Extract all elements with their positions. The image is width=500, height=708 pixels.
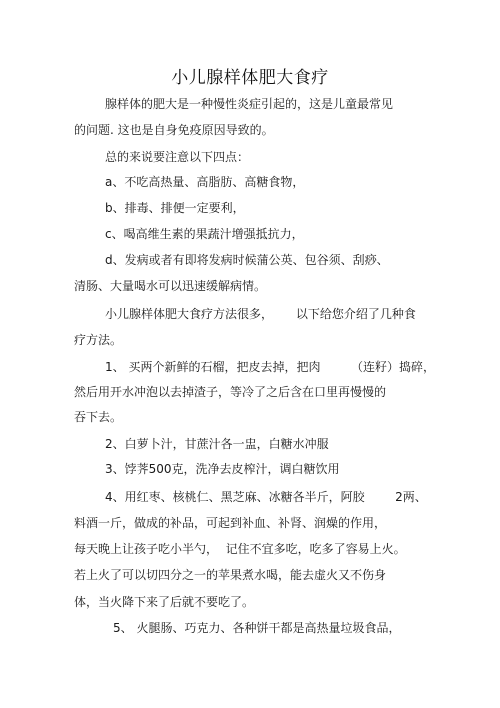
text-line: b、排毒、排便一定要利， — [105, 201, 245, 215]
text-line: 每天晚上让孩子吃小半勺， 记住不宜多吃，吃多了容易上火。 — [74, 542, 406, 556]
text-line: 小儿腺样体肥大食疗方法很多， 以下给您介绍了几种食 — [105, 307, 416, 321]
text-line: 的问题. 这也是自身免疫原因导致的。 — [74, 123, 274, 137]
text-line: 体，当火降下来了后就不要吃了。 — [74, 595, 254, 609]
text-line: 5、 火腿肠、巧克力、各种饼干都是高热量垃圾食品， — [113, 621, 400, 635]
text-line: c、喝高维生素的果蔬汁增强抵抗力， — [105, 227, 304, 241]
text-line: 4、用红枣、核桃仁、黑芝麻、冰糖各半斤，阿胶 2两、 — [105, 490, 427, 504]
text-line: 3、饽荠500克，洗净去皮榨汁，调白糖饮用 — [105, 462, 340, 476]
text-line: 清肠、大量喝水可以迅速缓解病情。 — [74, 279, 266, 293]
text-line: 料酒一斤，做成的补品，可起到补血、补肾、润燥的作用， — [74, 516, 386, 530]
text-line: 吞下去。 — [74, 410, 122, 424]
text-line: 疗方法。 — [74, 333, 122, 347]
text-line: 然后用开水冲泡以去掉渣子，等冷了之后含在口里再慢慢的 — [74, 385, 386, 399]
document-title: 小儿腺样体肥大食疗 — [0, 63, 500, 88]
text-line: 腺样体的肥大是一种慢性炎症引起的，这是儿童最常见 — [105, 97, 393, 111]
text-line: 若上火了可以切四分之一的苹果煮水喝，能去虚火又不伤身 — [74, 568, 386, 582]
text-line: 总的来说要注意以下四点： — [105, 150, 249, 164]
text-line: 1、 买两个新鲜的石榴，把皮去掉，把肉 （连籽）捣碎， — [105, 360, 435, 374]
text-line: a、不吃高热量、高脂肪、高糖食物， — [105, 175, 304, 189]
text-line: d、发病或者有即将发病时候蒲公英、包谷须、刮痧、 — [105, 253, 389, 267]
text-line: 2、白萝卜汁，甘蔗汁各一盅，白糖水冲服 — [105, 437, 329, 451]
